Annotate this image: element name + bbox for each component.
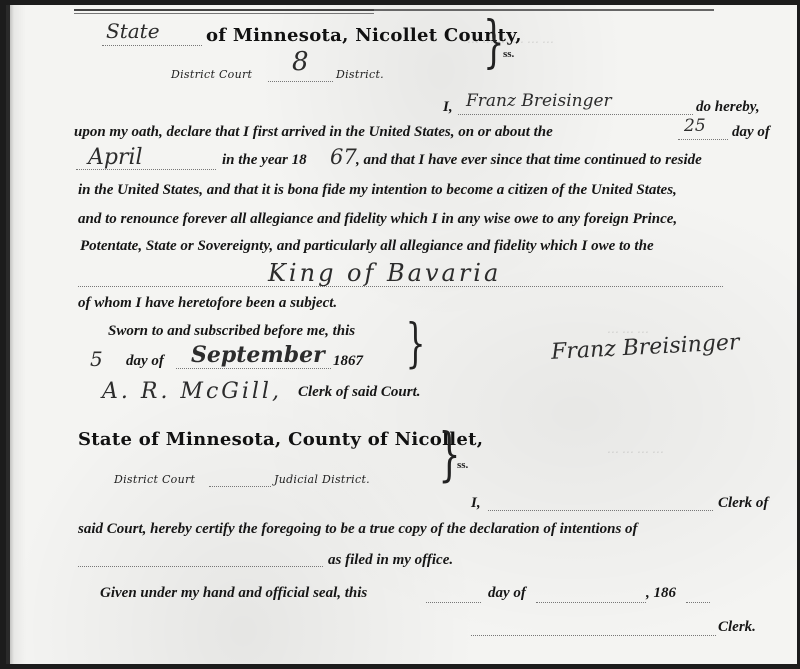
day-of-label: day of (732, 124, 770, 141)
arrival-month-handwritten: April (88, 145, 143, 170)
fill-line (686, 602, 710, 603)
sworn-year: 1867 (333, 353, 363, 370)
clerk-signature-handwritten: A. R. McGill, (102, 379, 282, 404)
fill-line (458, 114, 693, 115)
clerk-label: Clerk of said Court. (298, 384, 421, 401)
court-line-suffix: Judicial District. (274, 473, 370, 486)
top-rule-right (374, 9, 714, 13)
declarant-prefix: I, (443, 99, 453, 116)
top-rule (74, 9, 374, 14)
court-line-prefix: District Court (171, 68, 252, 81)
arrival-day-handwritten: 25 (684, 116, 706, 136)
fill-line (102, 45, 202, 46)
filed-line: as filed in my office. (328, 552, 453, 569)
section2-header: State of Minnesota, County of Nicollet, (78, 429, 483, 450)
potentate-line: Potentate, State or Sovereignty, and par… (80, 238, 654, 255)
declarant-signature-handwritten: Franz Breisinger (550, 330, 740, 365)
declarant-name-handwritten: Franz Breisinger (466, 91, 612, 111)
sworn-day-label: day of (126, 353, 164, 370)
declarant-suffix: do hereby, (696, 99, 760, 116)
given-line: Given under my hand and official seal, t… (100, 585, 367, 602)
fill-line (426, 602, 481, 603)
fill-line (536, 602, 646, 603)
clerk-of-label: Clerk of (718, 495, 768, 512)
header-handwritten-state: State (106, 19, 160, 43)
fill-line (678, 139, 728, 140)
brace: } (483, 15, 504, 71)
ss-mark: ss. (503, 48, 514, 60)
reside-line: , and that I have ever since that time c… (356, 152, 702, 169)
fill-line (471, 635, 716, 636)
court-number-handwritten: 8 (292, 47, 309, 77)
clerk-prefix: I, (471, 495, 481, 512)
court-line-prefix: District Court (114, 473, 195, 486)
fill-line (268, 81, 333, 82)
clerk-end-label: Clerk. (718, 619, 756, 636)
sworn-day-handwritten: 5 (90, 347, 103, 371)
bleed-through-text: ⋯ ⋯ ⋯ ⋯ (606, 445, 663, 460)
fill-line (488, 510, 713, 511)
fill-line (78, 566, 323, 567)
document-page: ⋯ ⋯ ⋯ ⋯ ⋯ ⋯ ⋯ ⋯ ⋯ ⋯ ⋯ ⋯ ⋯ State of Minne… (6, 5, 797, 664)
oath-line: upon my oath, declare that I first arriv… (74, 124, 553, 141)
subject-line: of whom I have heretofore been a subject… (78, 295, 337, 312)
arrival-year-handwritten: 67 (330, 145, 357, 169)
brace: } (406, 318, 426, 370)
given-day-label: day of (488, 585, 526, 602)
scan-edge (6, 5, 10, 664)
sworn-line: Sworn to and subscribed before me, this (108, 323, 355, 340)
intention-line: in the United States, and that it is bon… (78, 182, 677, 199)
fill-line (176, 368, 331, 369)
certify-line: said Court, hereby certify the foregoing… (78, 521, 638, 538)
sworn-month-handwritten: September (191, 342, 325, 368)
section1-header: of Minnesota, Nicollet County, (206, 25, 522, 46)
ss-mark: ss. (457, 459, 468, 471)
given-year-label: , 186 (646, 585, 676, 602)
brace: } (438, 425, 460, 483)
renounce-line: and to renounce forever all allegiance a… (78, 211, 677, 228)
year-label: in the year 18 (222, 152, 307, 169)
fill-line (209, 486, 271, 487)
court-line-suffix: District. (336, 68, 384, 81)
sovereign-handwritten: King of Bavaria (268, 259, 501, 287)
